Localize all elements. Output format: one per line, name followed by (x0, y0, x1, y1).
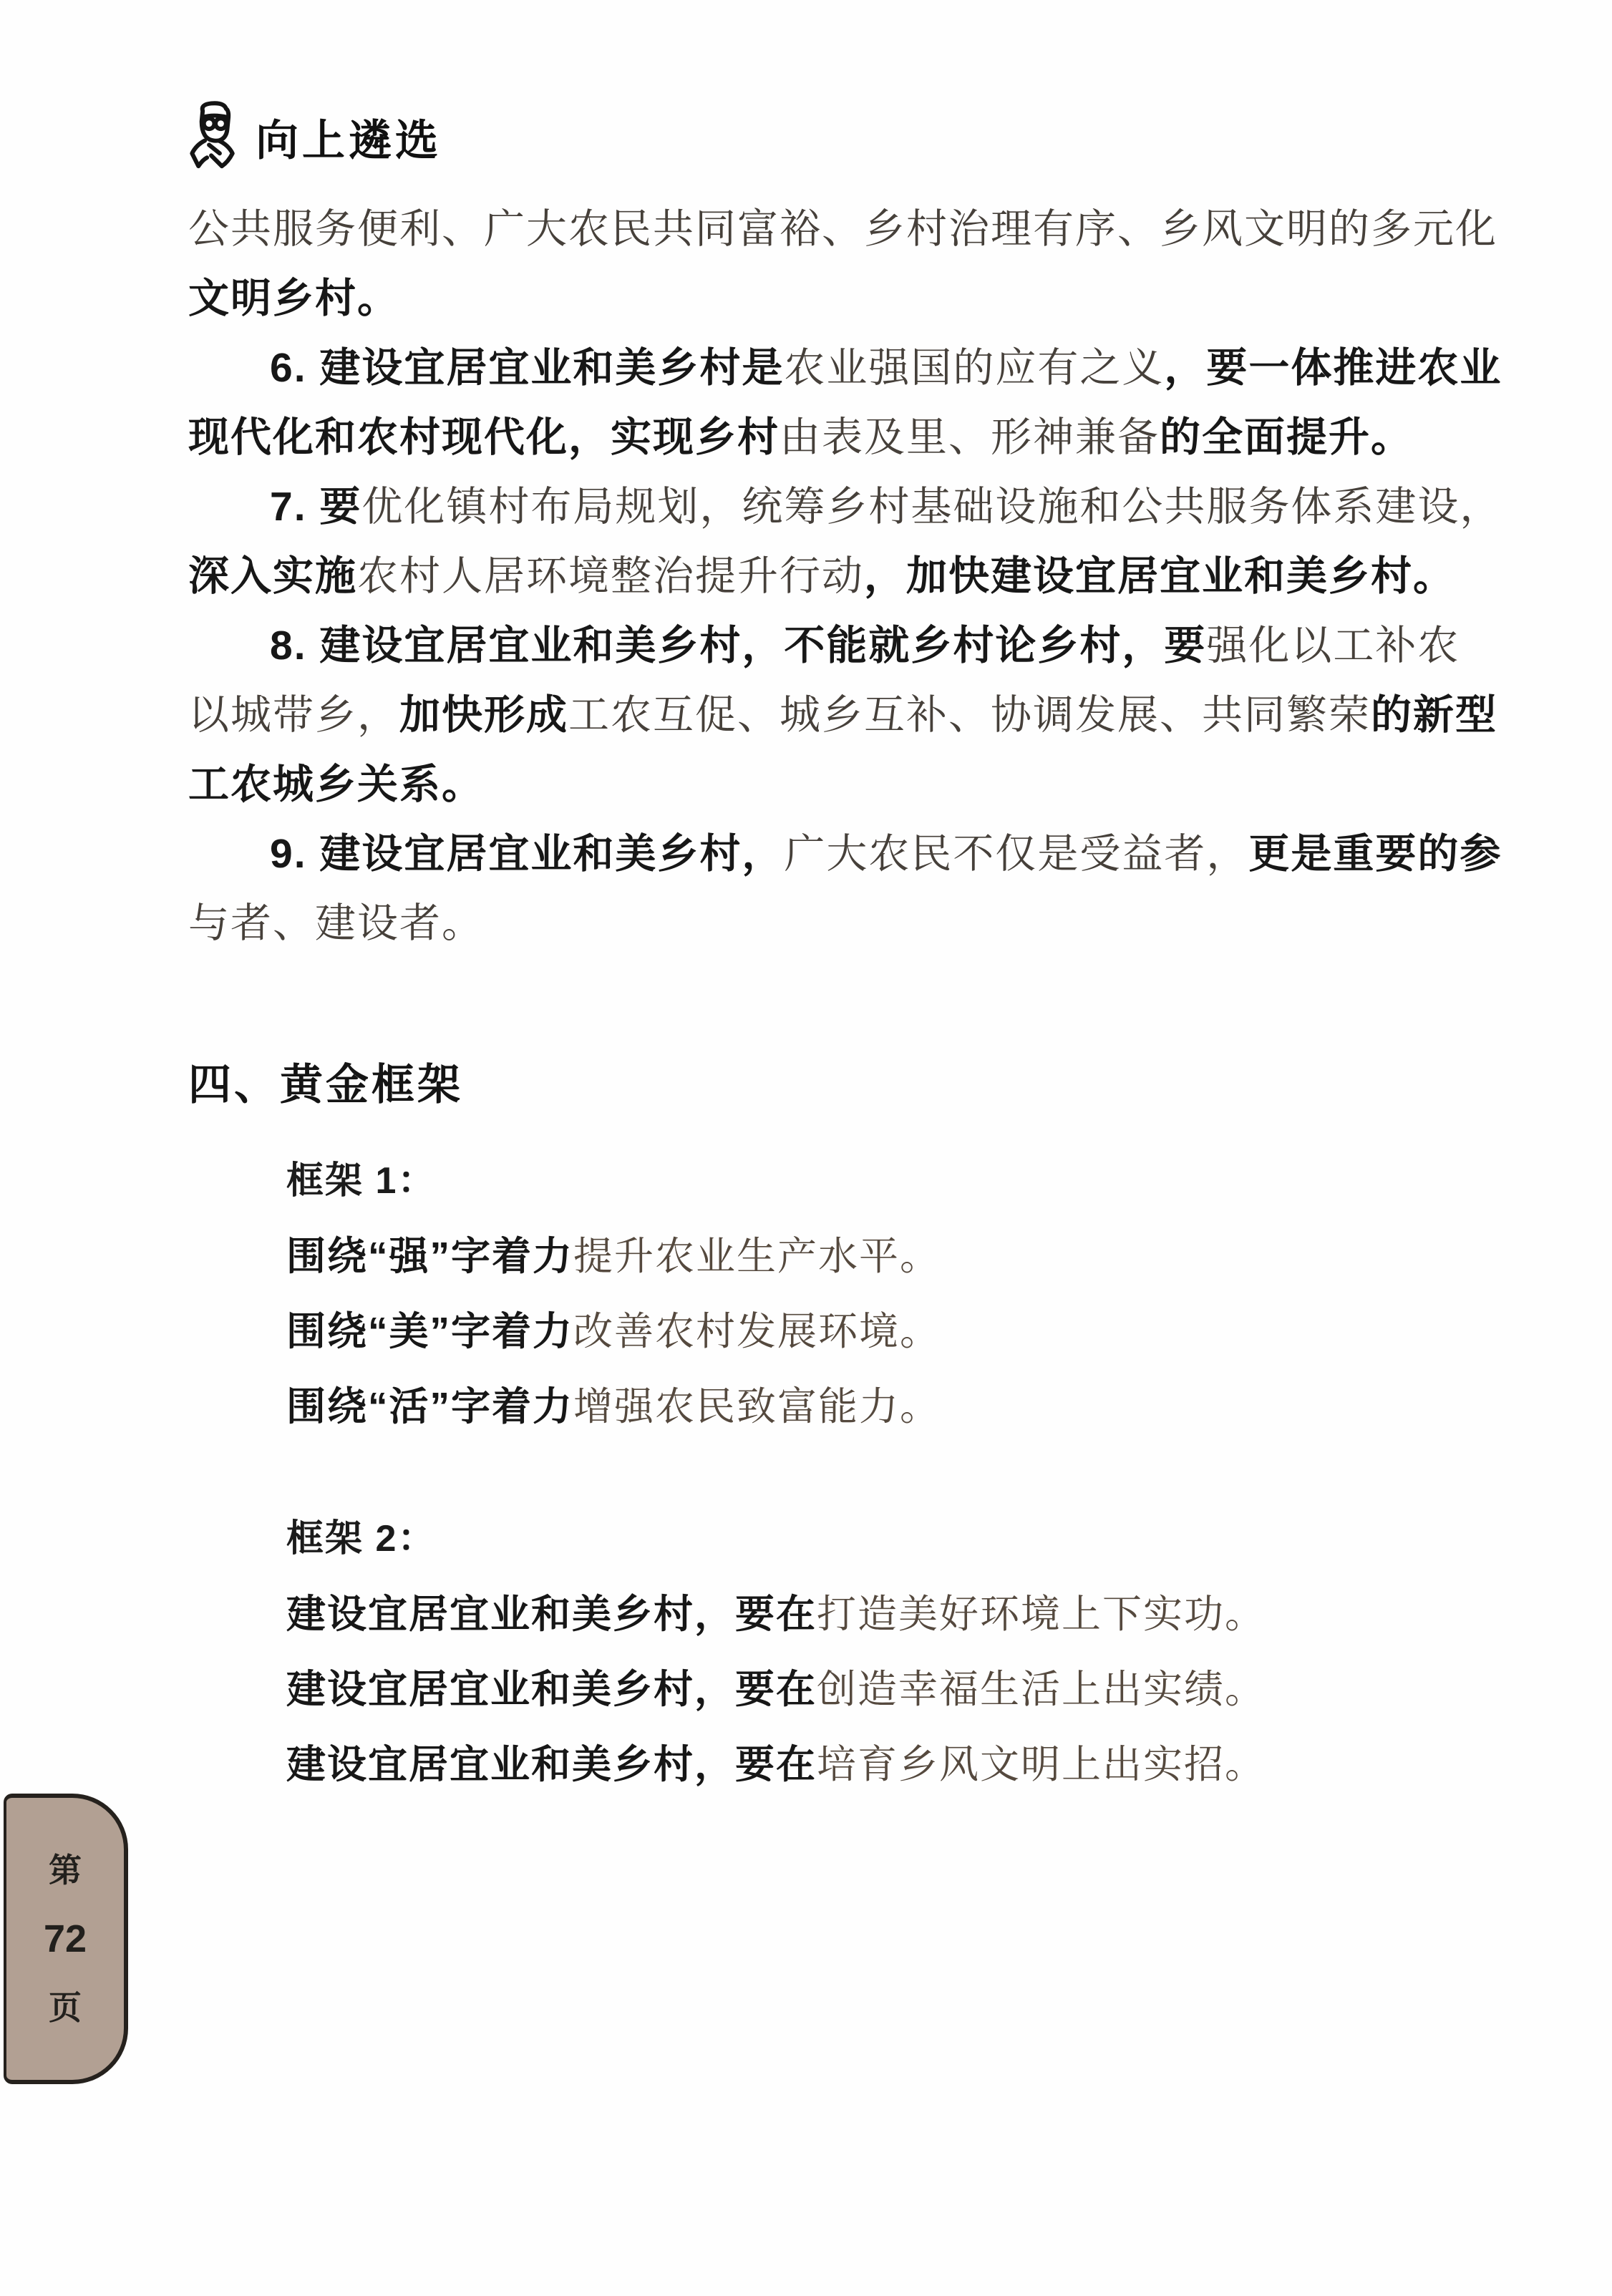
text-segment: 强化以工补农 (1206, 623, 1460, 668)
text-segment: ，加快建设宜居宜业和美乡村。 (864, 553, 1455, 599)
text-segment: 6. 建设宜居宜业和美乡村是 (270, 345, 784, 391)
text-segment: 广大农民不仅是受益者， (784, 831, 1248, 877)
text-line: 深入实施农村人居环境整治提升行动，加快建设宜居宜业和美乡村。 (188, 542, 1477, 611)
text-segment: 以城带乡， (188, 692, 399, 738)
page-title: 向上遴选 (256, 107, 442, 168)
text-segment: 8. 建设宜居宜业和美乡村，不能就乡村论乡村，要 (270, 623, 1206, 668)
frame-line: 建设宜居宜业和美乡村，要在创造幸福生活上出实绩。 (286, 1652, 1503, 1727)
text-segment: 建设宜居宜业和美乡村，要在 (286, 1742, 817, 1786)
frame-line: 围绕“活”字着力增强农民致富能力。 (286, 1369, 1503, 1444)
text-line-point-7: 7. 要优化镇村布局规划，统筹乡村基础设施和公共服务体系建设， (188, 472, 1477, 542)
text-segment: 打造美好环境上下实功。 (817, 1592, 1266, 1636)
text-segment: 9. 建设宜居宜业和美乡村， (270, 831, 784, 877)
text-segment: 文明乡村。 (188, 276, 399, 321)
frame-1-block: 框架 1： 围绕“强”字着力提升农业生产水平。 围绕“美”字着力改善农村发展环境… (286, 1144, 1503, 1444)
text-segment: 的全面提升。 (1160, 414, 1413, 460)
text-segment: 创造幸福生活上出实绩。 (817, 1667, 1266, 1711)
text-line: 公共服务便利、广大农民共同富裕、乡村治理有序、乡风文明的多元化 (188, 195, 1477, 264)
text-segment: 工农互促、城乡互补、协调发展、共同繁荣 (568, 692, 1371, 738)
page-tab-suffix: 页 (49, 1991, 82, 2024)
scholar-icon (183, 100, 248, 175)
text-segment: 农村人居环境整治提升行动 (357, 553, 864, 599)
text-line-point-9: 9. 建设宜居宜业和美乡村，广大农民不仅是受益者，更是重要的参 (188, 819, 1477, 889)
text-segment: 更是重要的参 (1248, 831, 1502, 877)
frame-2-block: 框架 2： 建设宜居宜业和美乡村，要在打造美好环境上下实功。 建设宜居宜业和美乡… (286, 1502, 1503, 1802)
text-line: 与者、建设者。 (188, 889, 1477, 958)
text-segment: 围绕“美”字着力 (286, 1309, 573, 1353)
text-segment: 加快形成 (399, 692, 568, 738)
text-line-point-8: 8. 建设宜居宜业和美乡村，不能就乡村论乡村，要强化以工补农 (188, 611, 1477, 681)
text-line-point-6: 6. 建设宜居宜业和美乡村是农业强国的应有之义，要一体推进农业 (188, 334, 1477, 403)
frame-line: 围绕“强”字着力提升农业生产水平。 (286, 1219, 1503, 1294)
text-line: 文明乡村。 (188, 264, 1477, 334)
body-text: 公共服务便利、广大农民共同富裕、乡村治理有序、乡风文明的多元化 文明乡村。 6.… (188, 195, 1477, 958)
page-number: 72 (44, 1920, 87, 1958)
text-segment: 7. 要 (270, 484, 361, 530)
frame-line: 建设宜居宜业和美乡村，要在培育乡风文明上出实招。 (286, 1727, 1503, 1802)
section-header: 向上遴选 (183, 100, 442, 175)
page-number-tab: 第 72 页 (4, 1794, 128, 2084)
text-segment: 农业强国的应有之义 (784, 345, 1164, 391)
text-segment: 培育乡风文明上出实招。 (817, 1742, 1266, 1786)
text-segment: 由表及里、形神兼备 (780, 414, 1160, 460)
page-tab-prefix: 第 (49, 1854, 82, 1887)
text-segment: 工农城乡关系。 (188, 762, 484, 807)
text-line: 工农城乡关系。 (188, 750, 1477, 819)
scanned-book-page: 向上遴选 公共服务便利、广大农民共同富裕、乡村治理有序、乡风文明的多元化 文明乡… (0, 0, 1612, 2296)
text-segment: 改善农村发展环境。 (573, 1309, 941, 1353)
text-segment: 的新型 (1371, 692, 1497, 738)
frame-1-heading: 框架 1： (286, 1144, 1503, 1219)
text-segment: 提升农业生产水平。 (573, 1234, 941, 1278)
frame-line: 围绕“美”字着力改善农村发展环境。 (286, 1294, 1503, 1369)
frame-line: 建设宜居宜业和美乡村，要在打造美好环境上下实功。 (286, 1577, 1503, 1652)
text-segment: 建设宜居宜业和美乡村，要在 (286, 1667, 817, 1711)
text-segment: ，要一体推进农业 (1164, 345, 1502, 391)
text-segment: 围绕“强”字着力 (286, 1234, 573, 1278)
text-segment: 与者、建设者。 (188, 900, 484, 946)
text-segment: 优化镇村布局规划，统筹乡村基础设施和公共服务体系建设， (361, 484, 1502, 530)
text-segment: 现代化和农村现代化，实现乡村 (188, 414, 780, 460)
text-line: 现代化和农村现代化，实现乡村由表及里、形神兼备的全面提升。 (188, 403, 1477, 472)
section-title: 四、黄金框架 (188, 1051, 463, 1112)
frame-2-heading: 框架 2： (286, 1502, 1503, 1577)
text-segment: 增强农民致富能力。 (573, 1384, 941, 1429)
text-segment: 深入实施 (188, 553, 357, 599)
text-segment: 公共服务便利、广大农民共同富裕、乡村治理有序、乡风文明的多元化 (188, 206, 1497, 252)
text-segment: 建设宜居宜业和美乡村，要在 (286, 1592, 817, 1636)
text-segment: 围绕“活”字着力 (286, 1384, 573, 1429)
text-line: 以城带乡，加快形成工农互促、城乡互补、协调发展、共同繁荣的新型 (188, 681, 1477, 750)
